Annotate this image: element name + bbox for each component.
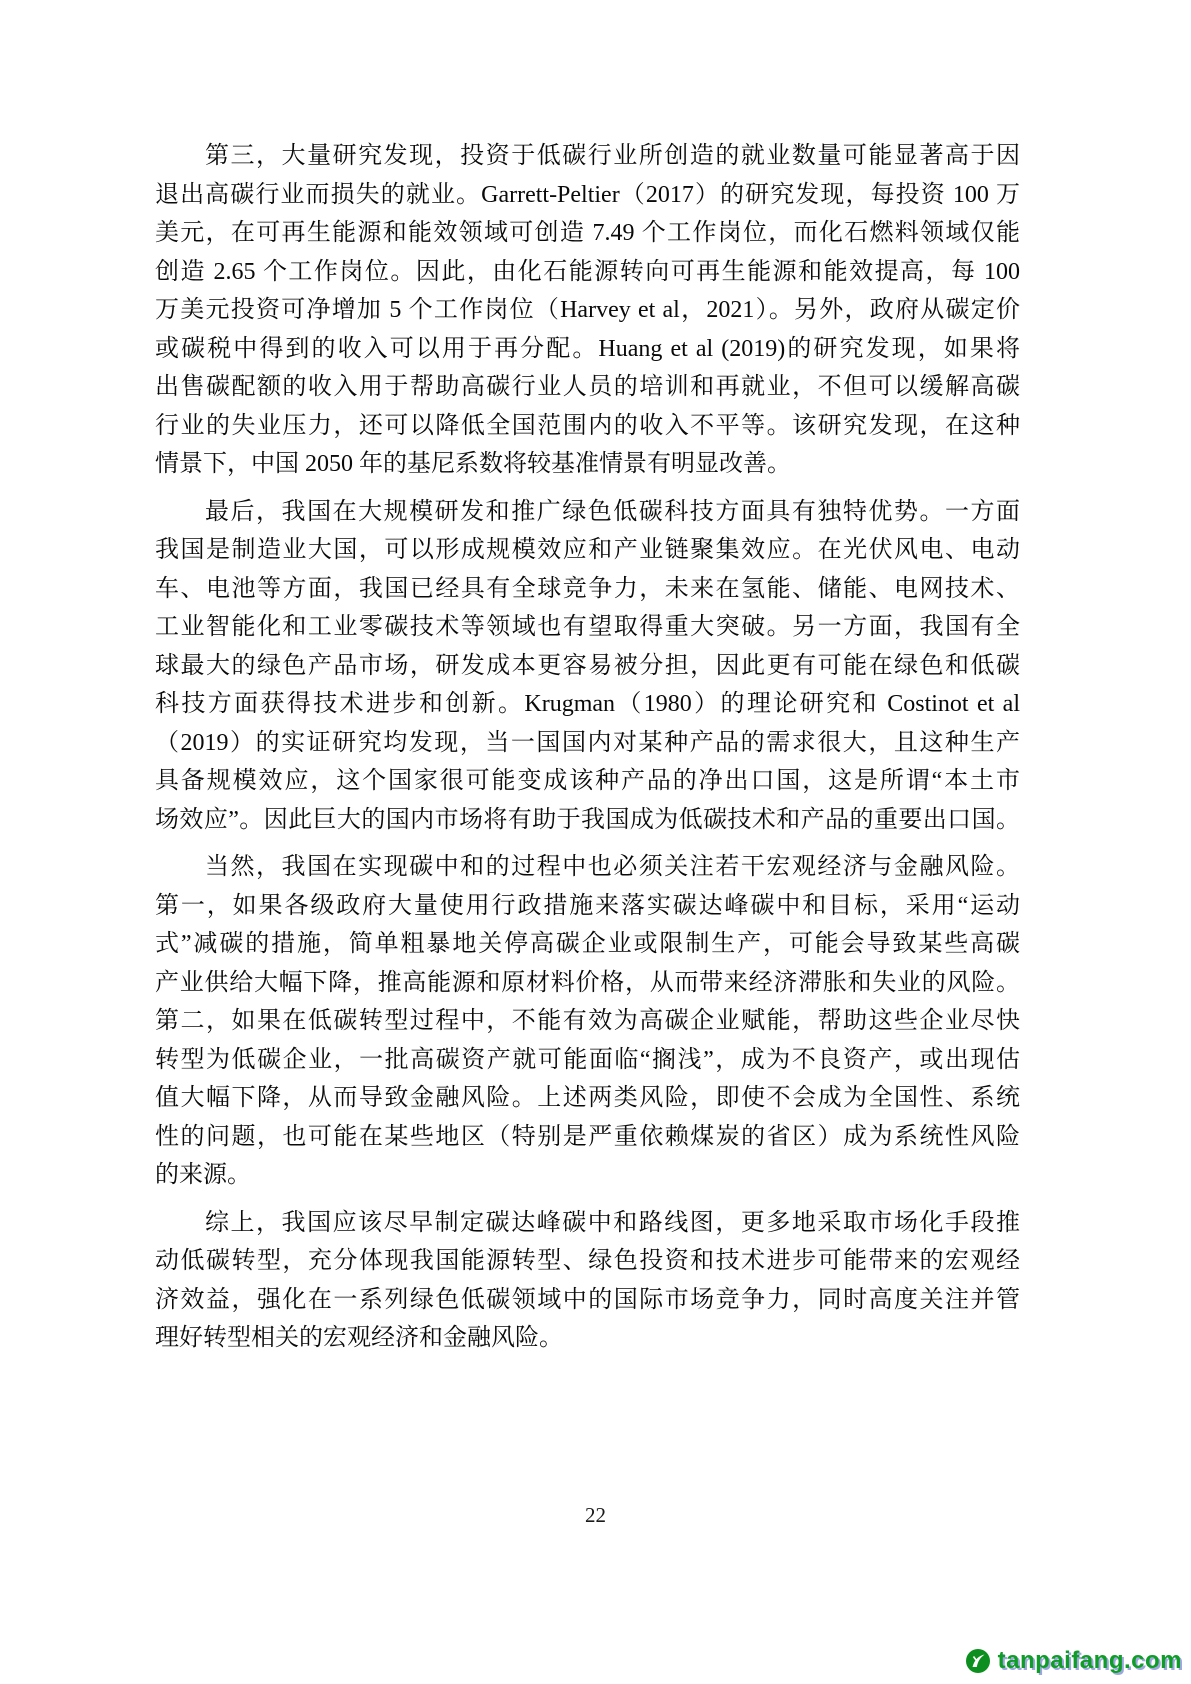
text-line: 综上，我国应该尽早制定碳达峰碳中和路线图，更多地采取市场化手段推 (155, 1204, 1020, 1243)
text-line: 值大幅下降，从而导致金融风险。上述两类风险，即使不会成为全国性、系统 (155, 1079, 1020, 1118)
text-line: 情景下，中国 2050 年的基尼系数将较基准情景有明显改善。 (155, 445, 1020, 484)
text-line: 万美元投资可净增加 5 个工作岗位（Harvey et al，2021）。另外，… (155, 291, 1020, 330)
text-line: 具备规模效应，这个国家很可能变成该种产品的净出口国，这是所谓“本土市 (155, 762, 1020, 801)
text-line: 创造 2.65 个工作岗位。因此，由化石能源转向可再生能源和能效提高，每 100 (155, 253, 1020, 292)
text-line: 第一，如果各级政府大量使用行政措施来落实碳达峰碳中和目标，采用“运动 (155, 887, 1020, 926)
text-line: 退出高碳行业而损失的就业。Garrett-Peltier（2017）的研究发现，… (155, 176, 1020, 215)
text-line: 动低碳转型，充分体现我国能源转型、绿色投资和技术进步可能带来的宏观经 (155, 1242, 1020, 1281)
text-line: 转型为低碳企业，一批高碳资产就可能面临“搁浅”，成为不良资产，或出现估 (155, 1041, 1020, 1080)
leaf-circle-icon (965, 1648, 991, 1674)
text-line: 美元，在可再生能源和能效领域可创造 7.49 个工作岗位，而化石燃料领域仅能 (155, 214, 1020, 253)
text-line: 行业的失业压力，还可以降低全国范围内的收入不平等。该研究发现，在这种 (155, 407, 1020, 446)
page-number: 22 (0, 1503, 1191, 1528)
text-line: 产业供给大幅下降，推高能源和原材料价格，从而带来经济滞胀和失业的风险。 (155, 964, 1020, 1003)
text-line: 性的问题，也可能在某些地区（特别是严重依赖煤炭的省区）成为系统性风险 (155, 1118, 1020, 1157)
text-line: 当然，我国在实现碳中和的过程中也必须关注若干宏观经济与金融风险。 (155, 848, 1020, 887)
text-line: 最后，我国在大规模研发和推广绿色低碳科技方面具有独特优势。一方面 (155, 493, 1020, 532)
watermark-link[interactable]: tanpaifang.com (965, 1647, 1182, 1675)
document-page: 第三，大量研究发现，投资于低碳行业所创造的就业数量可能显著高于因 退出高碳行业而… (0, 0, 1191, 1684)
text-line: 场效应”。因此巨大的国内市场将有助于我国成为低碳技术和产品的重要出口国。 (155, 801, 1020, 840)
text-line: 济效益，强化在一系列绿色低碳领域中的国际市场竞争力，同时高度关注并管 (155, 1281, 1020, 1320)
text-line: 的来源。 (155, 1156, 1020, 1195)
paragraph-2: 最后，我国在大规模研发和推广绿色低碳科技方面具有独特优势。一方面 我国是制造业大… (155, 493, 1020, 840)
text-line: （2019）的实证研究均发现，当一国国内对某种产品的需求很大，且这种生产 (155, 724, 1020, 763)
paragraph-3: 当然，我国在实现碳中和的过程中也必须关注若干宏观经济与金融风险。 第一，如果各级… (155, 848, 1020, 1195)
paragraph-1: 第三，大量研究发现，投资于低碳行业所创造的就业数量可能显著高于因 退出高碳行业而… (155, 137, 1020, 484)
text-line: 式”减碳的措施，简单粗暴地关停高碳企业或限制生产，可能会导致某些高碳 (155, 925, 1020, 964)
watermark-text: tanpaifang.com (998, 1647, 1182, 1675)
text-line: 出售碳配额的收入用于帮助高碳行业人员的培训和再就业，不但可以缓解高碳 (155, 368, 1020, 407)
text-block: 第三，大量研究发现，投资于低碳行业所创造的就业数量可能显著高于因 退出高碳行业而… (155, 137, 1020, 1367)
text-line: 第三，大量研究发现，投资于低碳行业所创造的就业数量可能显著高于因 (155, 137, 1020, 176)
text-line: 理好转型相关的宏观经济和金融风险。 (155, 1319, 1020, 1358)
text-line: 第二，如果在低碳转型过程中，不能有效为高碳企业赋能，帮助这些企业尽快 (155, 1002, 1020, 1041)
text-line: 科技方面获得技术进步和创新。Krugman（1980）的理论研究和 Costin… (155, 685, 1020, 724)
paragraph-4: 综上，我国应该尽早制定碳达峰碳中和路线图，更多地采取市场化手段推 动低碳转型，充… (155, 1204, 1020, 1358)
text-line: 车、电池等方面，我国已经具有全球竞争力，未来在氢能、储能、电网技术、 (155, 570, 1020, 609)
text-line: 我国是制造业大国，可以形成规模效应和产业链聚集效应。在光伏风电、电动 (155, 531, 1020, 570)
text-line: 或碳税中得到的收入可以用于再分配。Huang et al (2019)的研究发现… (155, 330, 1020, 369)
text-line: 工业智能化和工业零碳技术等领域也有望取得重大突破。另一方面，我国有全 (155, 608, 1020, 647)
text-line: 球最大的绿色产品市场，研发成本更容易被分担，因此更有可能在绿色和低碳 (155, 647, 1020, 686)
